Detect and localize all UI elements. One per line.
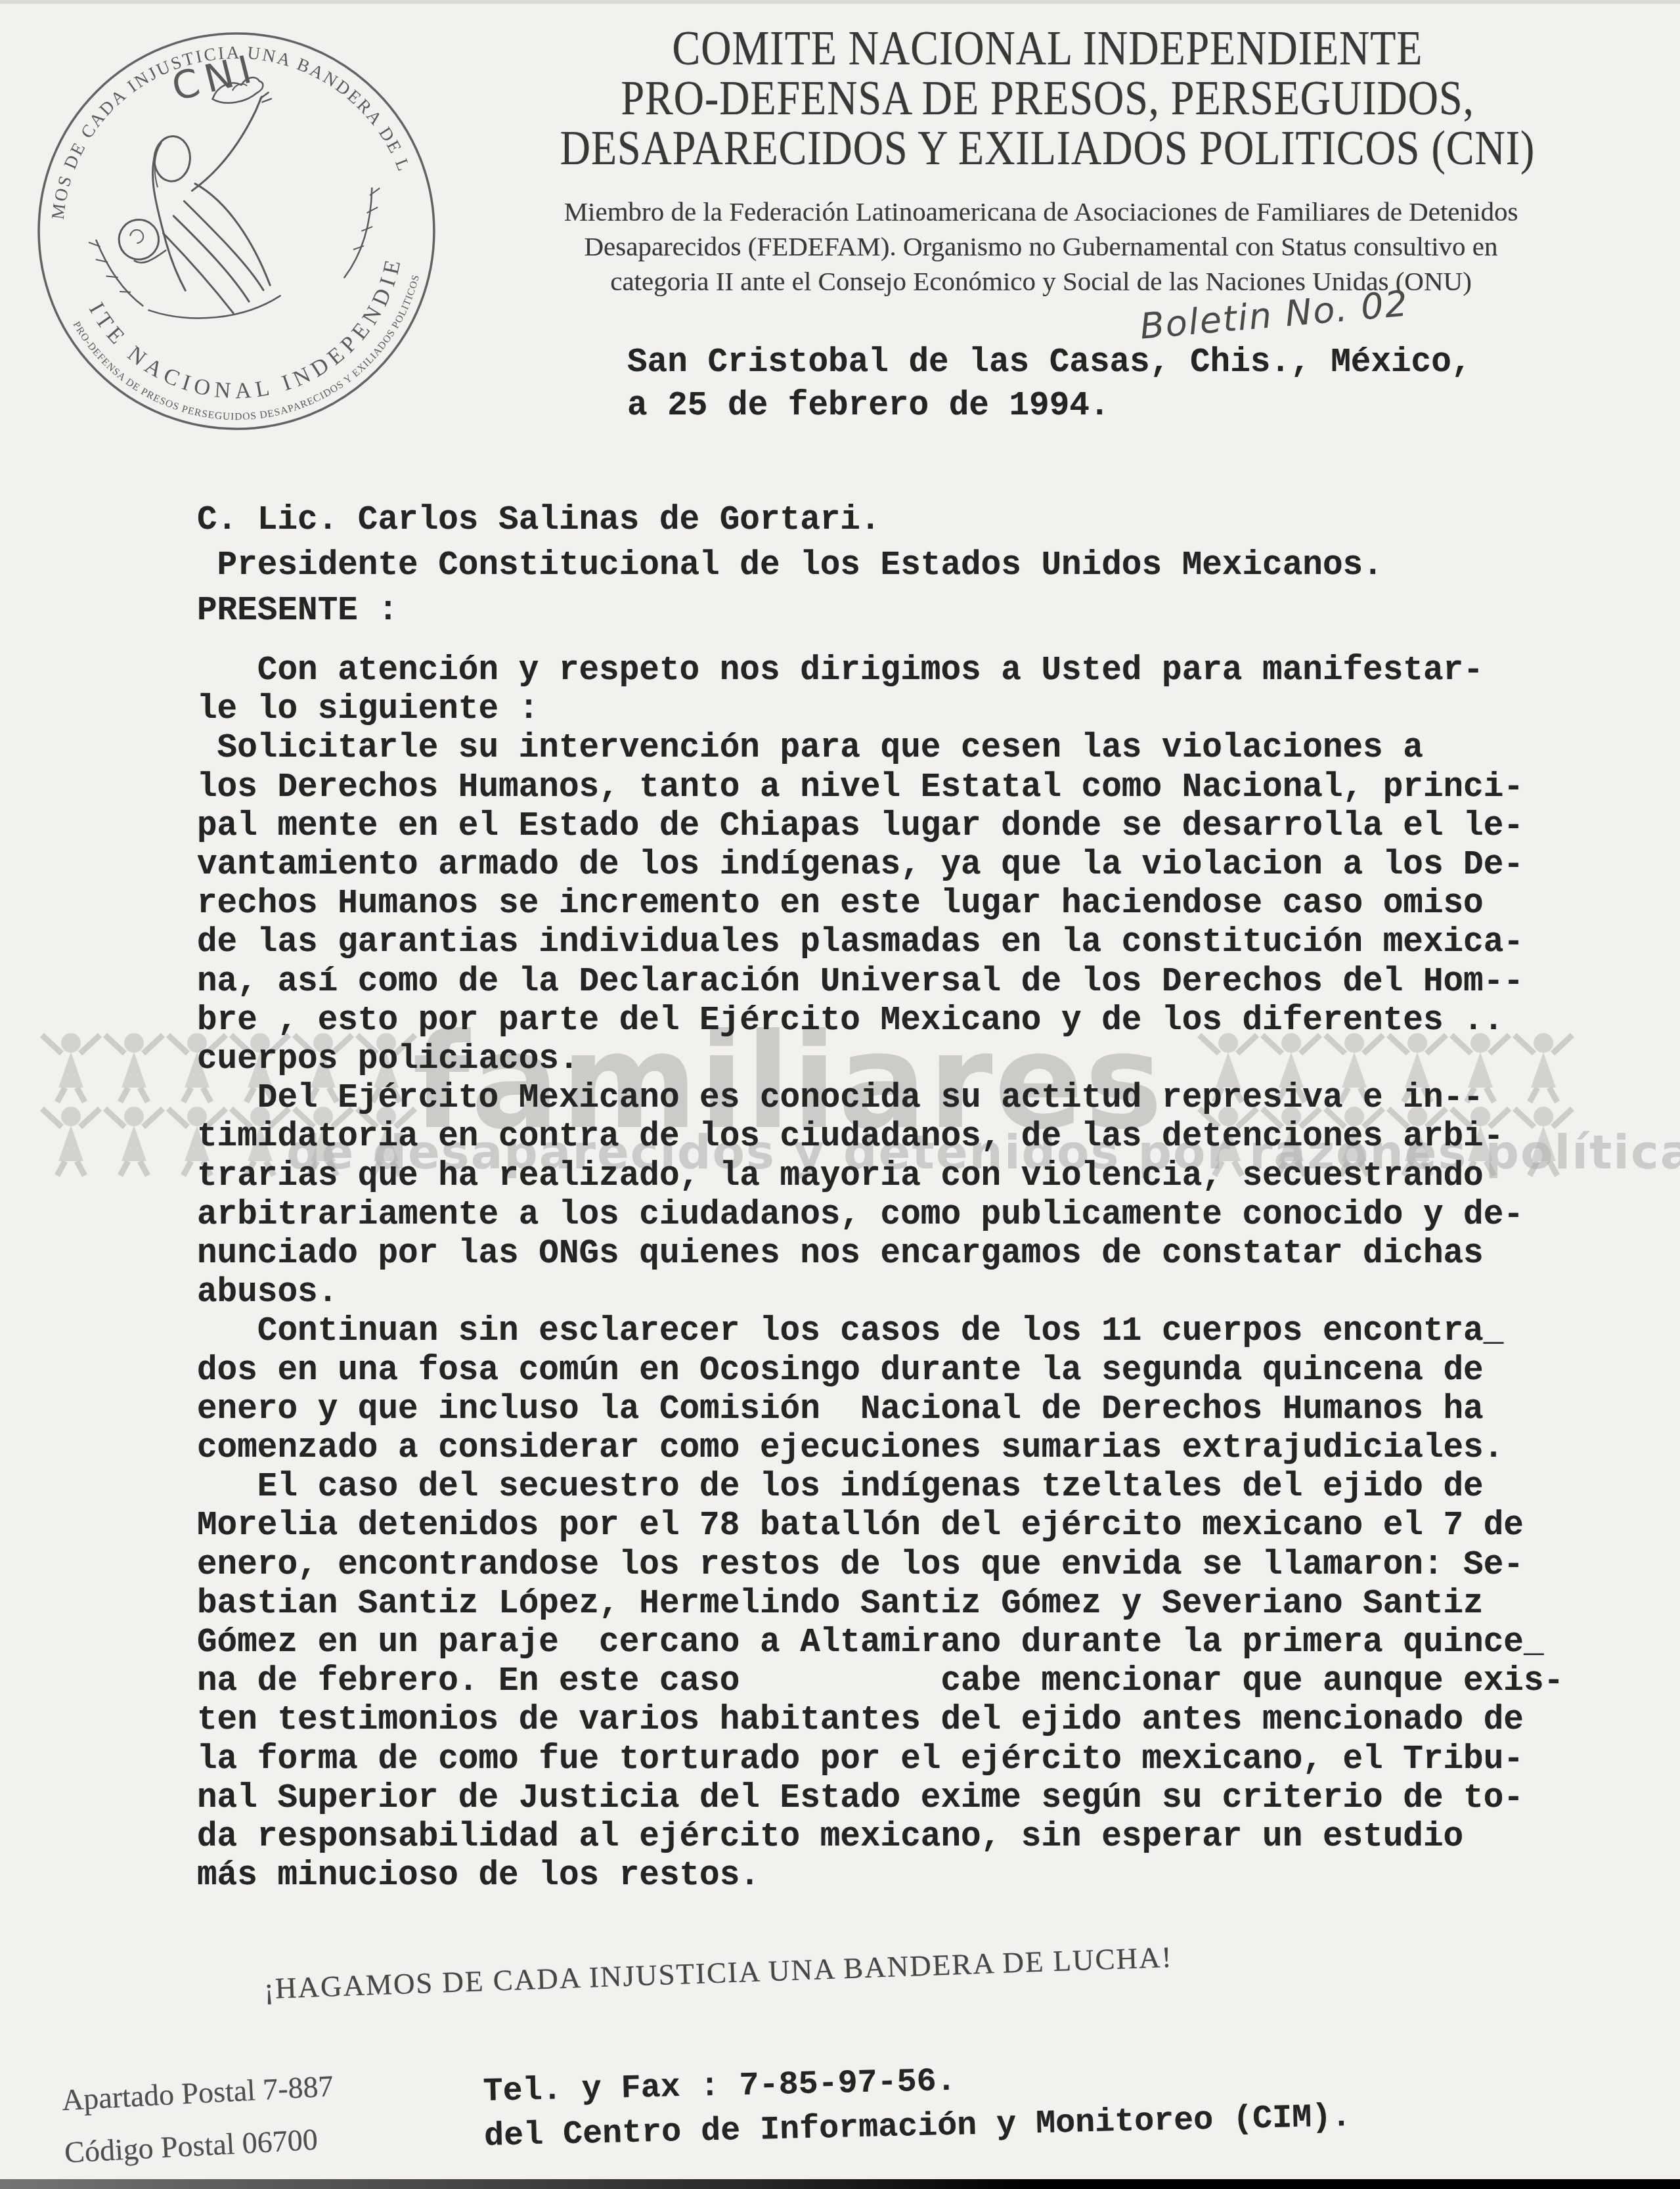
scanned-letter-page: HAGAMOS DE CADA INJUSTICIA UNA BANDERA D… (0, 0, 1680, 2189)
letterhead-subtitle: Miembro de la Federación Latinoamericana… (453, 194, 1629, 299)
typewritten-line: los Derechos Humanos, tanto a nivel Esta… (197, 768, 1564, 807)
typewritten-line: enero y que incluso la Comisión Nacional… (197, 1390, 1564, 1429)
dateline-line: a 25 de febrero de 1994. (627, 385, 1471, 428)
scan-edge-artifact (0, 0, 1680, 4)
footer-postal-block: Apartado Postal 7-887Código Postal 06700 (60, 2060, 338, 2178)
recipient-block: C. Lic. Carlos Salinas de Gortari. Presi… (197, 498, 1383, 634)
typewritten-line: rechos Humanos se incremento en este lug… (197, 885, 1564, 923)
typewritten-line: bastian Santiz López, Hermelindo Santiz … (197, 1585, 1564, 1624)
typewritten-line: Continuan sin esclarecer los casos de lo… (197, 1312, 1564, 1351)
typewritten-line: más minucioso de los restos. (197, 1857, 1564, 1895)
recipient-line: C. Lic. Carlos Salinas de Gortari. (197, 498, 1383, 543)
typewritten-line: Solicitarle su intervención para que ces… (197, 729, 1564, 768)
typewritten-line: Morelia detenidos por el 78 batallón del… (197, 1507, 1564, 1545)
typewritten-line: trarias que ha realizado, la mayoria con… (197, 1157, 1564, 1196)
typewritten-line: abusos. (197, 1273, 1564, 1312)
typewritten-line: El caso del secuestro de los indígenas t… (197, 1468, 1564, 1507)
typewritten-line: Del Ejército Mexicano es conocida su act… (197, 1079, 1564, 1118)
cni-seal-logo: HAGAMOS DE CADA INJUSTICIA UNA BANDERA D… (33, 28, 440, 435)
typewritten-line: Con atención y respeto nos dirigimos a U… (197, 652, 1564, 690)
recipient-line: PRESENTE : (197, 588, 1383, 634)
typewritten-line: enero, encontrandose los restos de los q… (197, 1546, 1564, 1585)
scan-bottom-edge-artifact (0, 2179, 1680, 2189)
typewritten-line: na de febrero. En este caso cabe mencion… (197, 1662, 1564, 1701)
typewritten-line: na, así como de la Declaración Universal… (197, 963, 1564, 1002)
typewritten-line: cuerpos policiacos. (197, 1040, 1564, 1079)
letterhead-title-line: DESAPARECIDOS Y EXILIADOS POLITICOS (CNI… (447, 120, 1648, 177)
typewritten-line: nal Superior de Justicia del Estado exim… (197, 1779, 1564, 1818)
letterhead-title: COMITE NACIONAL INDEPENDIENTEPRO-DEFENSA… (447, 20, 1648, 169)
letterhead-title-line: PRO-DEFENSA DE PRESOS, PERSEGUIDOS, (447, 70, 1648, 127)
letterhead-subtitle-line: categoria II ante el Consejo Económico y… (453, 264, 1629, 299)
typewritten-line: pal mente en el Estado de Chiapas lugar … (197, 807, 1564, 846)
typewritten-line: Gómez en un paraje cercano a Altamirano … (197, 1624, 1564, 1662)
typewritten-line: ten testimonios de varios habitantes del… (197, 1701, 1564, 1740)
typewritten-line: timidatoria en contra de los ciudadanos,… (197, 1118, 1564, 1157)
typewritten-line: bre , esto por parte del Ejército Mexica… (197, 1002, 1564, 1040)
letter-body: Con atención y respeto nos dirigimos a U… (197, 652, 1564, 1896)
typewritten-line: dos en una fosa común en Ocosingo durant… (197, 1352, 1564, 1390)
footer-contact-block: Tel. y Fax : 7-85-97-56.del Centro de In… (483, 2050, 1352, 2159)
dateline: San Cristobal de las Casas, Chis., Méxic… (627, 342, 1471, 428)
letterhead-title-line: COMITE NACIONAL INDEPENDIENTE (447, 20, 1648, 77)
slogan-line: ¡HAGAMOS DE CADA INJUSTICIA UNA BANDERA … (263, 1940, 1173, 2006)
typewritten-line: le lo siguiente : (197, 690, 1564, 729)
typewritten-line: arbitrariamente a los ciudadanos, como p… (197, 1196, 1564, 1235)
letterhead-subtitle-line: Desaparecidos (FEDEFAM). Organismo no Gu… (453, 229, 1629, 264)
typewritten-line: la forma de como fue torturado por el ej… (197, 1740, 1564, 1779)
typewritten-line: vantamiento armado de los indígenas, ya … (197, 846, 1564, 885)
dateline-line: San Cristobal de las Casas, Chis., Méxic… (627, 342, 1471, 385)
typewritten-line: da responsabilidad al ejército mexicano,… (197, 1818, 1564, 1857)
typewritten-line: comenzado a considerar como ejecuciones … (197, 1429, 1564, 1468)
typewritten-line: de las garantias individuales plasmadas … (197, 923, 1564, 962)
letterhead-subtitle-line: Miembro de la Federación Latinoamericana… (453, 194, 1629, 229)
recipient-line: Presidente Constitucional de los Estados… (197, 543, 1383, 588)
typewritten-line: nunciado por las ONGs quienes nos encarg… (197, 1235, 1564, 1273)
